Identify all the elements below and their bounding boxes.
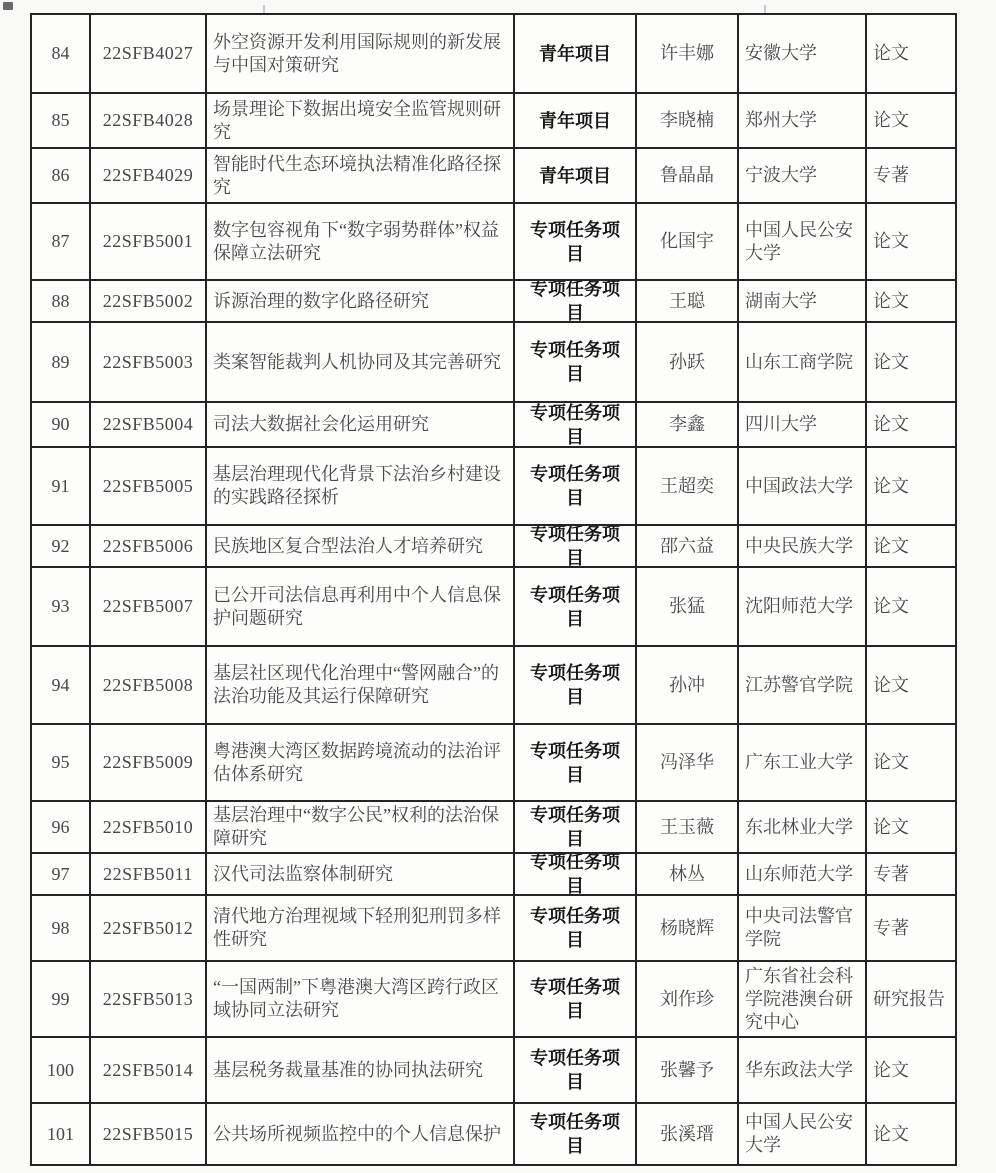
institution-cell: 中央民族大学 [738, 525, 866, 567]
project-leader-cell: 许丰娜 [636, 14, 738, 93]
project-category-label: 专项任务项目 [527, 525, 623, 567]
output-type-cell: 研究报告 [866, 961, 956, 1037]
project-category-label: 专项任务项目 [527, 462, 623, 510]
project-title-cell: 外空资源开发利用国际规则的新发展与中国对策研究 [206, 14, 514, 93]
project-category-cell: 青年项目 [514, 14, 636, 93]
project-title-cell: 场景理论下数据出境安全监管规则研究 [206, 93, 514, 148]
output-type-cell: 专著 [866, 148, 956, 203]
project-title-cell: 数字包容视角下“数字弱势群体”权益保障立法研究 [206, 203, 514, 280]
table-row: 94 22SFB5008 基层社区现代化治理中“警网融合”的法治功能及其运行保障… [31, 646, 956, 724]
project-category-label: 青年项目 [527, 164, 623, 188]
project-title-cell: 智能时代生态环境执法精准化路径探究 [206, 148, 514, 203]
project-category-cell: 专项任务项目 [514, 402, 636, 447]
row-index-cell: 88 [31, 280, 90, 322]
document-page: 84 22SFB4027 外空资源开发利用国际规则的新发展与中国对策研究 青年项… [0, 0, 996, 1173]
project-leader-cell: 杨晓辉 [636, 895, 738, 961]
output-type-cell: 论文 [866, 280, 956, 322]
table-row: 100 22SFB5014 基层税务裁量基准的协同执法研究 专项任务项目 张馨予… [31, 1037, 956, 1103]
row-index-cell: 87 [31, 203, 90, 280]
project-category-label: 专项任务项目 [527, 975, 623, 1023]
row-index-cell: 91 [31, 447, 90, 525]
project-code-cell: 22SFB5006 [90, 525, 206, 567]
project-code-cell: 22SFB4028 [90, 93, 206, 148]
project-leader-cell: 李晓楠 [636, 93, 738, 148]
project-leader-cell: 王超奕 [636, 447, 738, 525]
output-type-cell: 论文 [866, 93, 956, 148]
project-category-cell: 专项任务项目 [514, 853, 636, 895]
institution-cell: 广东省社会科学院港澳台研究中心 [738, 961, 866, 1037]
project-code-cell: 22SFB5002 [90, 280, 206, 322]
row-index-cell: 100 [31, 1037, 90, 1103]
project-title-cell: 基层治理现代化背景下法治乡村建设的实践路径探析 [206, 447, 514, 525]
project-title-cell: 粤港澳大湾区数据跨境流动的法治评估体系研究 [206, 724, 514, 801]
project-title-cell: 汉代司法监察体制研究 [206, 853, 514, 895]
project-category-label: 青年项目 [527, 109, 623, 133]
table-row: 87 22SFB5001 数字包容视角下“数字弱势群体”权益保障立法研究 专项任… [31, 203, 956, 280]
row-index-cell: 94 [31, 646, 90, 724]
institution-cell: 东北林业大学 [738, 801, 866, 853]
institution-cell: 安徽大学 [738, 14, 866, 93]
row-index-cell: 97 [31, 853, 90, 895]
project-code-cell: 22SFB5009 [90, 724, 206, 801]
scan-noise [263, 5, 265, 13]
row-index-cell: 92 [31, 525, 90, 567]
project-code-cell: 22SFB5015 [90, 1103, 206, 1165]
project-category-label: 专项任务项目 [527, 402, 623, 447]
institution-cell: 江苏警官学院 [738, 646, 866, 724]
row-index-cell: 93 [31, 567, 90, 646]
project-title-cell: “一国两制”下粤港澳大湾区跨行政区域协同立法研究 [206, 961, 514, 1037]
row-index-cell: 86 [31, 148, 90, 203]
project-leader-cell: 张溪瑨 [636, 1103, 738, 1165]
project-category-cell: 专项任务项目 [514, 203, 636, 280]
table-row: 95 22SFB5009 粤港澳大湾区数据跨境流动的法治评估体系研究 专项任务项… [31, 724, 956, 801]
project-code-cell: 22SFB5004 [90, 402, 206, 447]
table-row: 91 22SFB5005 基层治理现代化背景下法治乡村建设的实践路径探析 专项任… [31, 447, 956, 525]
project-category-label: 专项任务项目 [527, 853, 623, 895]
project-leader-cell: 李鑫 [636, 402, 738, 447]
project-title-cell: 类案智能裁判人机协同及其完善研究 [206, 322, 514, 402]
output-type-cell: 论文 [866, 1103, 956, 1165]
project-code-cell: 22SFB5001 [90, 203, 206, 280]
project-category-cell: 专项任务项目 [514, 1103, 636, 1165]
output-type-cell: 论文 [866, 801, 956, 853]
scan-artifact-mark [3, 2, 13, 10]
output-type-cell: 论文 [866, 402, 956, 447]
project-category-cell: 专项任务项目 [514, 322, 636, 402]
project-category-label: 专项任务项目 [527, 218, 623, 266]
output-type-cell: 论文 [866, 724, 956, 801]
scan-noise [764, 5, 766, 13]
project-leader-cell: 王玉薇 [636, 801, 738, 853]
output-type-cell: 专著 [866, 853, 956, 895]
institution-cell: 四川大学 [738, 402, 866, 447]
project-category-cell: 青年项目 [514, 148, 636, 203]
project-code-cell: 22SFB5010 [90, 801, 206, 853]
project-leader-cell: 王聪 [636, 280, 738, 322]
project-code-cell: 22SFB4029 [90, 148, 206, 203]
project-code-cell: 22SFB5013 [90, 961, 206, 1037]
row-index-cell: 99 [31, 961, 90, 1037]
project-code-cell: 22SFB5007 [90, 567, 206, 646]
project-leader-cell: 化国宇 [636, 203, 738, 280]
row-index-cell: 101 [31, 1103, 90, 1165]
output-type-cell: 论文 [866, 1037, 956, 1103]
project-category-cell: 青年项目 [514, 93, 636, 148]
table-row: 92 22SFB5006 民族地区复合型法治人才培养研究 专项任务项目 邵六益 … [31, 525, 956, 567]
project-category-label: 专项任务项目 [527, 338, 623, 386]
table-row: 93 22SFB5007 已公开司法信息再利用中个人信息保护问题研究 专项任务项… [31, 567, 956, 646]
row-index-cell: 89 [31, 322, 90, 402]
output-type-cell: 专著 [866, 895, 956, 961]
project-category-cell: 专项任务项目 [514, 280, 636, 322]
project-category-label: 专项任务项目 [527, 280, 623, 322]
row-index-cell: 85 [31, 93, 90, 148]
output-type-cell: 论文 [866, 322, 956, 402]
project-category-cell: 专项任务项目 [514, 525, 636, 567]
row-index-cell: 98 [31, 895, 90, 961]
institution-cell: 中国政法大学 [738, 447, 866, 525]
project-leader-cell: 张馨予 [636, 1037, 738, 1103]
project-code-cell: 22SFB5011 [90, 853, 206, 895]
project-category-cell: 专项任务项目 [514, 447, 636, 525]
table-row: 96 22SFB5010 基层治理中“数字公民”权利的法治保障研究 专项任务项目… [31, 801, 956, 853]
project-leader-cell: 刘作珍 [636, 961, 738, 1037]
table-row: 101 22SFB5015 公共场所视频监控中的个人信息保护 专项任务项目 张溪… [31, 1103, 956, 1165]
project-title-cell: 已公开司法信息再利用中个人信息保护问题研究 [206, 567, 514, 646]
project-category-cell: 专项任务项目 [514, 961, 636, 1037]
output-type-cell: 论文 [866, 447, 956, 525]
project-category-label: 专项任务项目 [527, 1110, 623, 1158]
institution-cell: 山东师范大学 [738, 853, 866, 895]
output-type-cell: 论文 [866, 646, 956, 724]
table-row: 99 22SFB5013 “一国两制”下粤港澳大湾区跨行政区域协同立法研究 专项… [31, 961, 956, 1037]
institution-cell: 中国人民公安大学 [738, 1103, 866, 1165]
project-code-cell: 22SFB5012 [90, 895, 206, 961]
table-row: 97 22SFB5011 汉代司法监察体制研究 专项任务项目 林丛 山东师范大学… [31, 853, 956, 895]
project-leader-cell: 张猛 [636, 567, 738, 646]
output-type-cell: 论文 [866, 525, 956, 567]
project-title-cell: 公共场所视频监控中的个人信息保护 [206, 1103, 514, 1165]
project-title-cell: 基层社区现代化治理中“警网融合”的法治功能及其运行保障研究 [206, 646, 514, 724]
table-row: 84 22SFB4027 外空资源开发利用国际规则的新发展与中国对策研究 青年项… [31, 14, 956, 93]
output-type-cell: 论文 [866, 14, 956, 93]
project-title-cell: 司法大数据社会化运用研究 [206, 402, 514, 447]
project-category-label: 专项任务项目 [527, 583, 623, 631]
row-index-cell: 95 [31, 724, 90, 801]
project-title-cell: 基层治理中“数字公民”权利的法治保障研究 [206, 801, 514, 853]
project-category-label: 青年项目 [527, 42, 623, 66]
project-leader-cell: 鲁晶晶 [636, 148, 738, 203]
project-category-cell: 专项任务项目 [514, 1037, 636, 1103]
project-category-cell: 专项任务项目 [514, 724, 636, 801]
table-row: 90 22SFB5004 司法大数据社会化运用研究 专项任务项目 李鑫 四川大学… [31, 402, 956, 447]
project-category-label: 专项任务项目 [527, 661, 623, 709]
project-category-cell: 专项任务项目 [514, 646, 636, 724]
project-category-label: 专项任务项目 [527, 803, 623, 851]
projects-table-body: 84 22SFB4027 外空资源开发利用国际规则的新发展与中国对策研究 青年项… [31, 14, 956, 1165]
project-title-cell: 清代地方治理视域下轻刑犯刑罚多样性研究 [206, 895, 514, 961]
project-leader-cell: 冯泽华 [636, 724, 738, 801]
institution-cell: 中央司法警官学院 [738, 895, 866, 961]
row-index-cell: 84 [31, 14, 90, 93]
project-leader-cell: 邵六益 [636, 525, 738, 567]
institution-cell: 沈阳师范大学 [738, 567, 866, 646]
project-category-label: 专项任务项目 [527, 739, 623, 787]
institution-cell: 郑州大学 [738, 93, 866, 148]
project-code-cell: 22SFB5008 [90, 646, 206, 724]
institution-cell: 中国人民公安大学 [738, 203, 866, 280]
institution-cell: 湖南大学 [738, 280, 866, 322]
output-type-cell: 论文 [866, 203, 956, 280]
institution-cell: 华东政法大学 [738, 1037, 866, 1103]
table-row: 98 22SFB5012 清代地方治理视域下轻刑犯刑罚多样性研究 专项任务项目 … [31, 895, 956, 961]
output-type-cell: 论文 [866, 567, 956, 646]
institution-cell: 山东工商学院 [738, 322, 866, 402]
institution-cell: 宁波大学 [738, 148, 866, 203]
project-code-cell: 22SFB5003 [90, 322, 206, 402]
project-leader-cell: 孙跃 [636, 322, 738, 402]
project-title-cell: 诉源治理的数字化路径研究 [206, 280, 514, 322]
table-row: 89 22SFB5003 类案智能裁判人机协同及其完善研究 专项任务项目 孙跃 … [31, 322, 956, 402]
row-index-cell: 96 [31, 801, 90, 853]
projects-table: 84 22SFB4027 外空资源开发利用国际规则的新发展与中国对策研究 青年项… [30, 13, 957, 1166]
institution-cell: 广东工业大学 [738, 724, 866, 801]
project-title-cell: 基层税务裁量基准的协同执法研究 [206, 1037, 514, 1103]
project-code-cell: 22SFB5005 [90, 447, 206, 525]
table-row: 88 22SFB5002 诉源治理的数字化路径研究 专项任务项目 王聪 湖南大学… [31, 280, 956, 322]
table-row: 86 22SFB4029 智能时代生态环境执法精准化路径探究 青年项目 鲁晶晶 … [31, 148, 956, 203]
project-category-cell: 专项任务项目 [514, 895, 636, 961]
project-category-cell: 专项任务项目 [514, 801, 636, 853]
project-leader-cell: 孙冲 [636, 646, 738, 724]
project-category-label: 专项任务项目 [527, 904, 623, 952]
project-leader-cell: 林丛 [636, 853, 738, 895]
project-code-cell: 22SFB4027 [90, 14, 206, 93]
project-title-cell: 民族地区复合型法治人才培养研究 [206, 525, 514, 567]
project-code-cell: 22SFB5014 [90, 1037, 206, 1103]
table-row: 85 22SFB4028 场景理论下数据出境安全监管规则研究 青年项目 李晓楠 … [31, 93, 956, 148]
project-category-cell: 专项任务项目 [514, 567, 636, 646]
row-index-cell: 90 [31, 402, 90, 447]
project-category-label: 专项任务项目 [527, 1046, 623, 1094]
